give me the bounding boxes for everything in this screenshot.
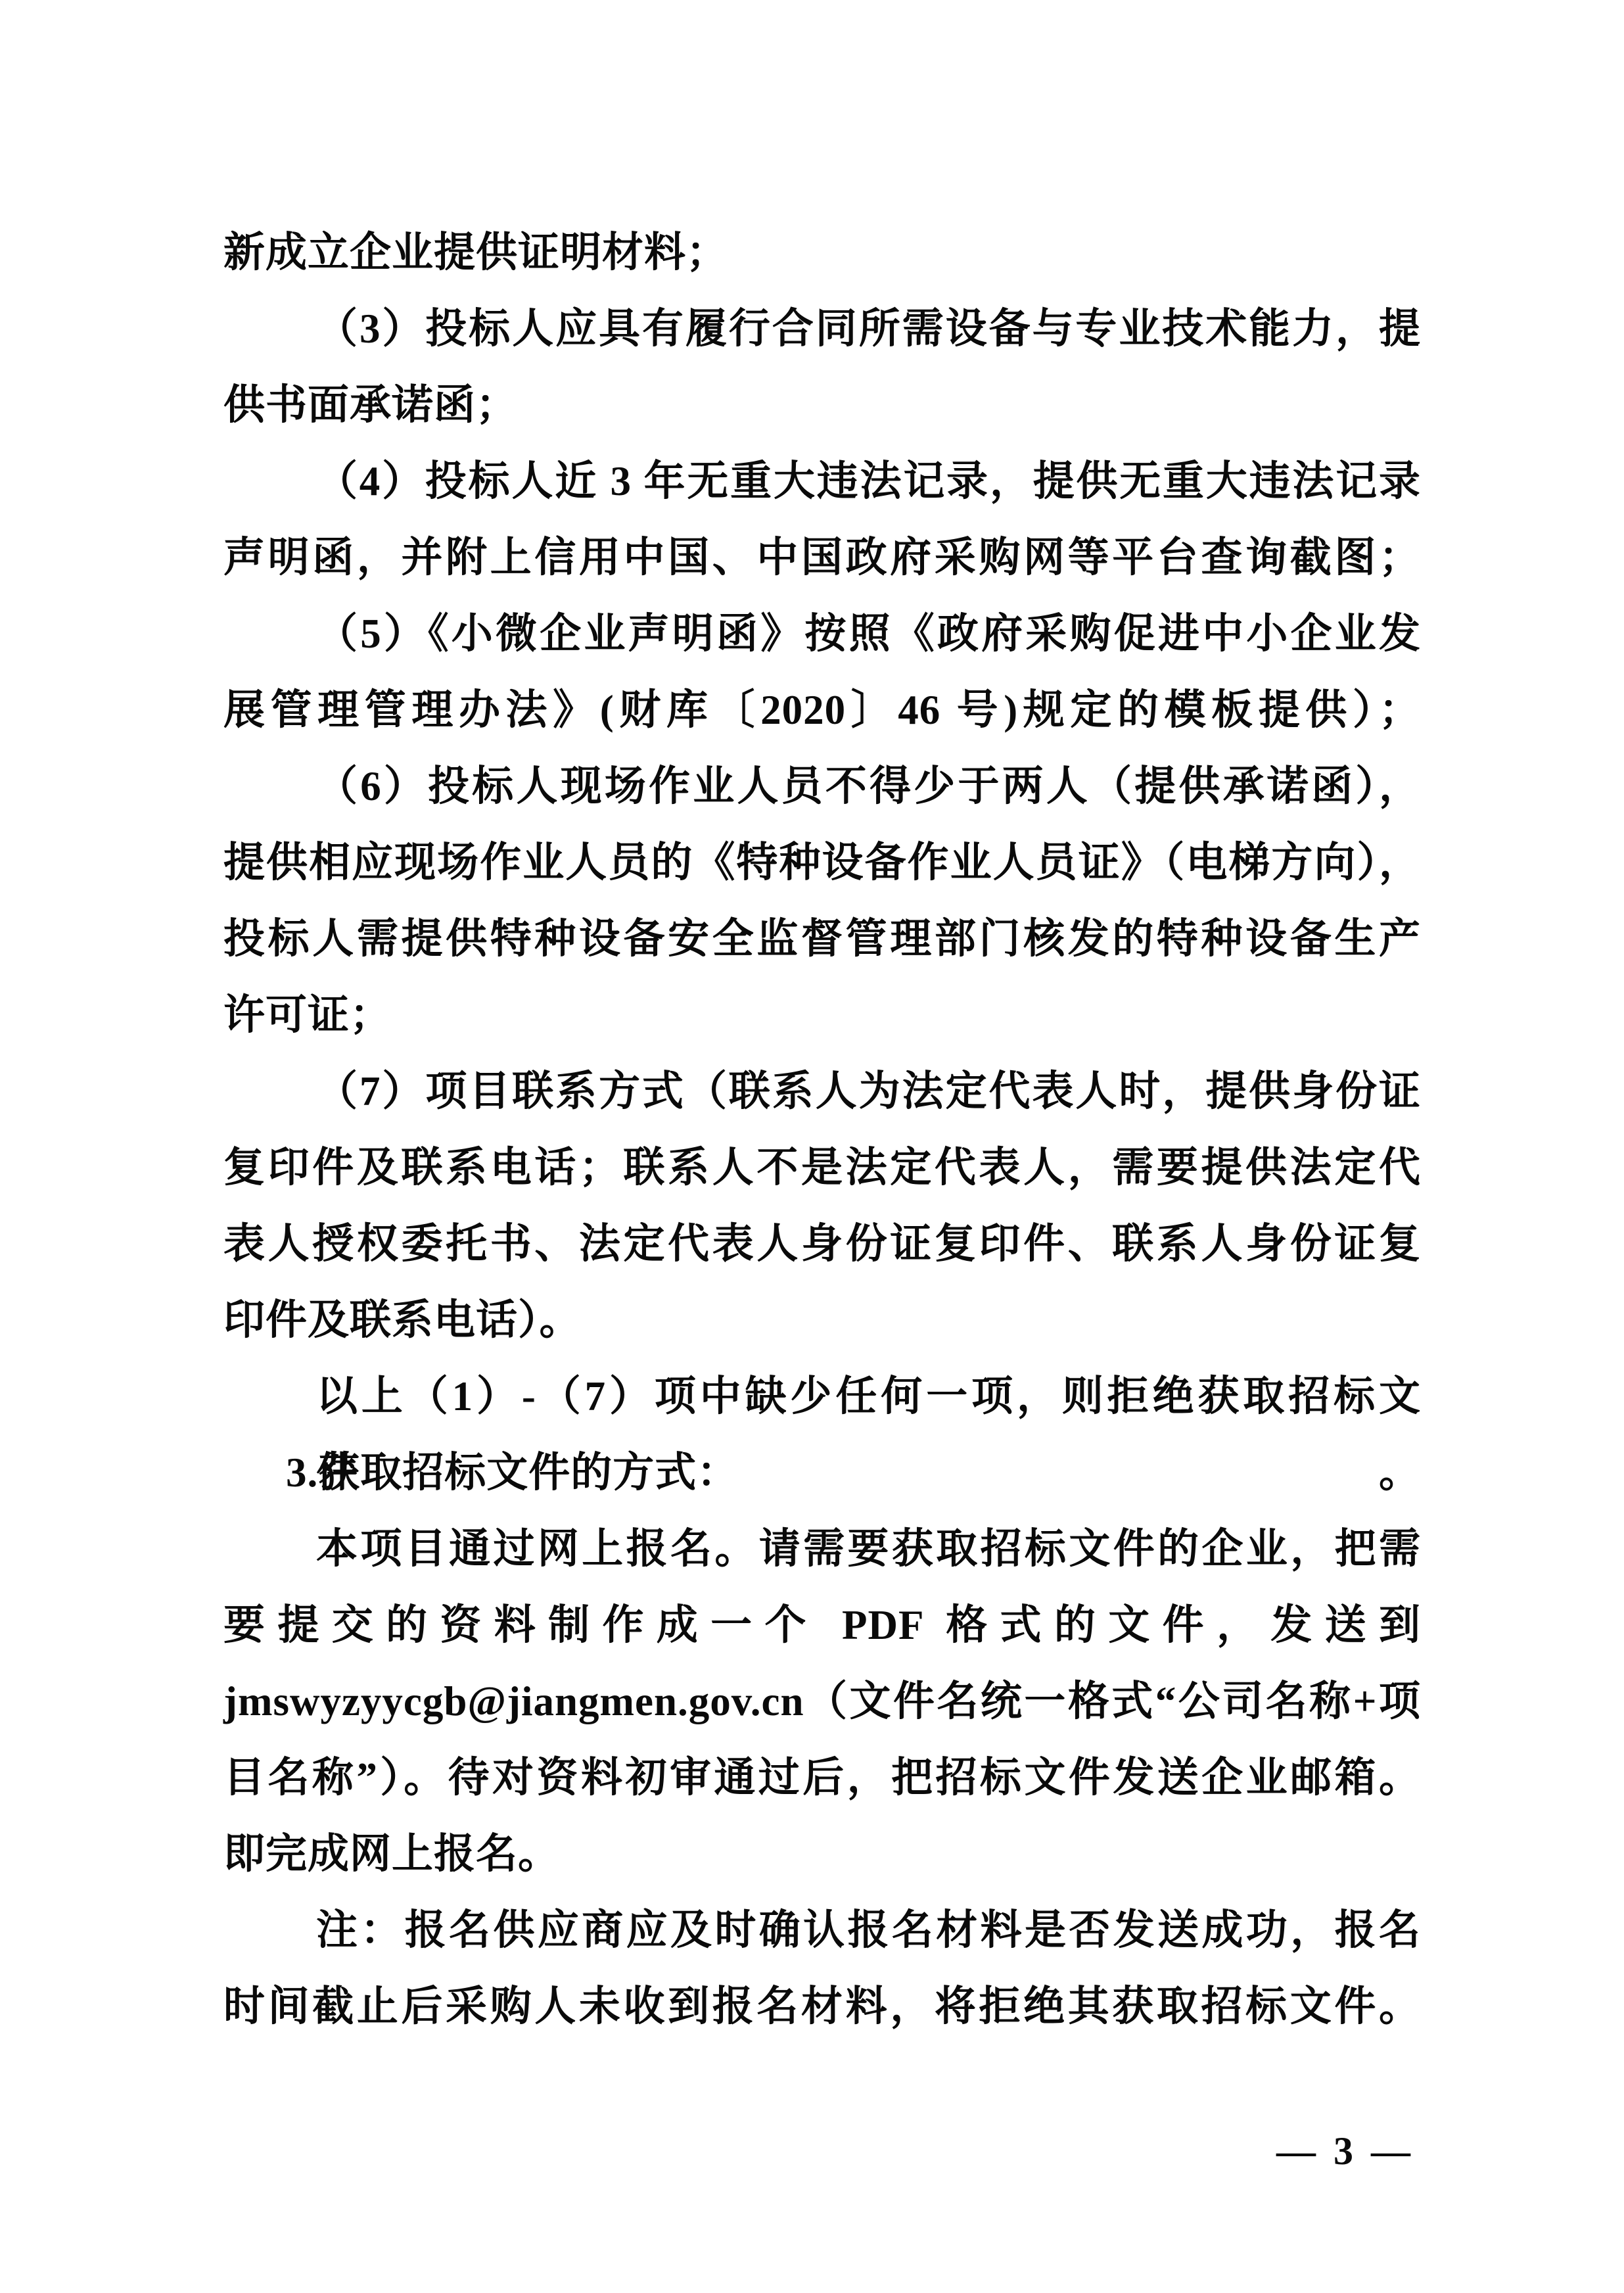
document-page: 新成立企业提供证明材料； （3）投标人应具有履行合同所需设备与专业技术能力，提 … (0, 0, 1624, 2293)
text-line: 许可证； (223, 977, 1421, 1053)
text-line: 要提交的资料制作成一个 PDF 格式的文件，发送到 (223, 1587, 1421, 1663)
text-line: 目名称”）。待对资料初审通过后，把招标文件发送企业邮箱。 (223, 1739, 1421, 1816)
text-line: （5）《小微企业声明函》按照《政府采购促进中小企业发 (223, 596, 1421, 672)
text-line: 声明函，并附上信用中国、中国政府采购网等平台查询截图； (223, 519, 1421, 596)
text-line: 提供相应现场作业人员的《特种设备作业人员证》（电梯方向）， (223, 824, 1421, 901)
text-line: 投标人需提供特种设备安全监督管理部门核发的特种设备生产 (223, 901, 1421, 977)
text-line: 以上（1）-（7）项中缺少任何一项，则拒绝获取招标文件。 (223, 1358, 1421, 1434)
text-line: 展管理管理办法》(财库〔2020〕46 号)规定的模板提供）； (223, 672, 1421, 748)
text-line: 本项目通过网上报名。请需要获取招标文件的企业，把需 (223, 1511, 1421, 1587)
text-line: 新成立企业提供证明材料； (223, 214, 1421, 291)
text-line: 时间截止后采购人未收到报名材料，将拒绝其获取招标文件。 (223, 1968, 1421, 2045)
text-line: 供书面承诺函； (223, 367, 1421, 443)
text-line: （4）投标人近 3 年无重大违法记录，提供无重大违法记录 (223, 443, 1421, 519)
document-body: 新成立企业提供证明材料； （3）投标人应具有履行合同所需设备与专业技术能力，提 … (223, 214, 1421, 2045)
text-line: 印件及联系电话）。 (223, 1282, 1421, 1358)
text-line: 即完成网上报名。 (223, 1816, 1421, 1892)
text-line-email: jmswyzyycgb@jiangmen.gov.cn（文件名统一格式“公司名称… (223, 1663, 1421, 1739)
page-number: — 3 — (1276, 2129, 1414, 2174)
text-line: （6）投标人现场作业人员不得少于两人（提供承诺函）， (223, 748, 1421, 824)
text-line-note: 注：报名供应商应及时确认报名材料是否发送成功，报名 (223, 1892, 1421, 1968)
text-line: 复印件及联系电话；联系人不是法定代表人，需要提供法定代 (223, 1129, 1421, 1206)
text-line: （7）项目联系方式（联系人为法定代表人时，提供身份证 (223, 1053, 1421, 1129)
text-line: （3）投标人应具有履行合同所需设备与专业技术能力，提 (223, 291, 1421, 367)
text-line: 表人授权委托书、法定代表人身份证复印件、联系人身份证复 (223, 1206, 1421, 1282)
